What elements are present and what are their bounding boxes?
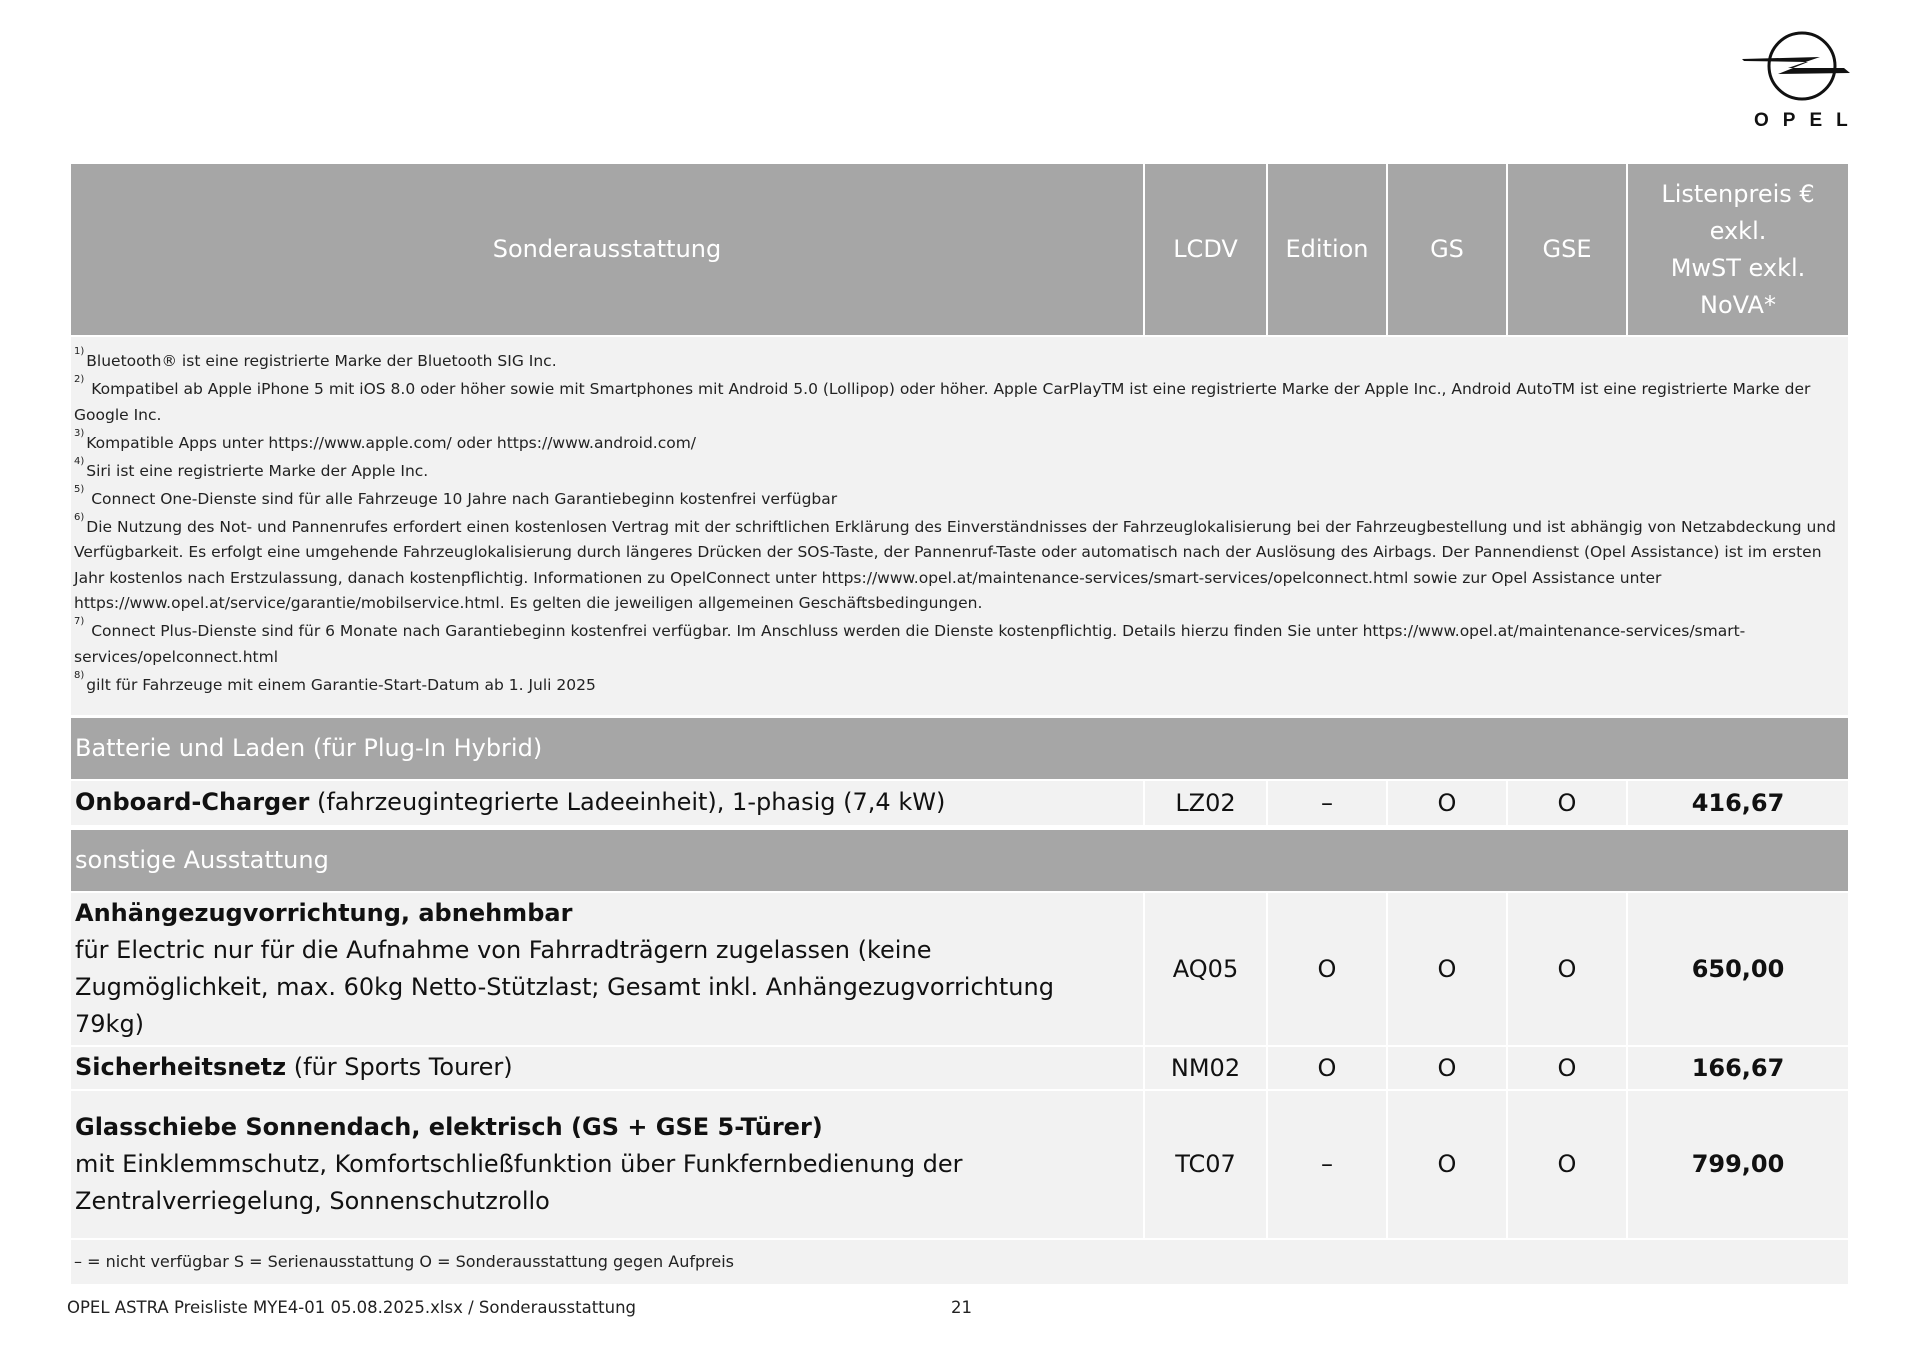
option-name: Sicherheitsnetz xyxy=(75,1053,286,1081)
opel-blitz-logo-icon xyxy=(1740,30,1860,105)
option-price: 166,67 xyxy=(1628,1047,1848,1089)
page-number: 21 xyxy=(951,1298,972,1317)
table-row: Sicherheitsnetz (für Sports Tourer) NM02… xyxy=(71,1047,1848,1091)
header-gs: GS xyxy=(1388,164,1508,335)
footnote-number: 4) xyxy=(74,456,84,467)
footnote-number: 2) xyxy=(74,374,84,385)
option-lcdv: NM02 xyxy=(1145,1047,1268,1089)
header-description: Sonderausstattung xyxy=(71,164,1145,335)
footnote-number: 6) xyxy=(74,512,84,523)
footnote-number: 1) xyxy=(74,346,84,357)
option-description: Anhängezugvorrichtung, abnehmbar für Ele… xyxy=(71,893,1145,1045)
footnote-text: Kompatible Apps unter https://www.apple.… xyxy=(86,434,696,452)
option-gs: O xyxy=(1388,781,1508,825)
footnote: 6)Die Nutzung des Not- und Pannenrufes e… xyxy=(74,515,1844,617)
option-lcdv: TC07 xyxy=(1145,1091,1268,1238)
option-description: Onboard-Charger (fahrzeugintegrierte Lad… xyxy=(71,781,1145,825)
footnote-text: Die Nutzung des Not- und Pannenrufes erf… xyxy=(74,518,1836,613)
footnote: 7) Connect Plus-Dienste sind für 6 Monat… xyxy=(74,619,1844,670)
table-row: Anhängezugvorrichtung, abnehmbar für Ele… xyxy=(71,893,1848,1047)
footnote-number: 5) xyxy=(74,484,84,495)
table-row: Glasschiebe Sonnendach, elektrisch (GS +… xyxy=(71,1091,1848,1240)
footnote-text: Siri ist eine registrierte Marke der App… xyxy=(86,462,428,480)
option-price: 650,00 xyxy=(1628,893,1848,1045)
header-price-line: Listenpreis € xyxy=(1661,180,1814,208)
option-extra: mit Einklemmschutz, Komfortschließfunkti… xyxy=(75,1150,963,1215)
footnote-number: 7) xyxy=(74,616,84,627)
option-edition: – xyxy=(1268,1091,1388,1238)
option-gs: O xyxy=(1388,893,1508,1045)
footnote-number: 3) xyxy=(74,428,84,439)
table-row: Onboard-Charger (fahrzeugintegrierte Lad… xyxy=(71,781,1848,827)
header-price-line: exkl. xyxy=(1710,217,1767,245)
footnote: 8)gilt für Fahrzeuge mit einem Garantie-… xyxy=(74,673,1844,699)
option-price: 416,67 xyxy=(1628,781,1848,825)
footnote: 1)Bluetooth® ist eine registrierte Marke… xyxy=(74,349,1844,375)
header-edition: Edition xyxy=(1268,164,1388,335)
option-price-table: Sonderausstattung LCDV Edition GS GSE Li… xyxy=(71,164,1848,1284)
option-lcdv: LZ02 xyxy=(1145,781,1268,825)
option-detail: (fahrzeugintegrierte Ladeeinheit), 1-pha… xyxy=(309,788,945,816)
option-name: Anhängezugvorrichtung, abnehmbar xyxy=(75,899,572,927)
option-detail: (für Sports Tourer) xyxy=(286,1053,513,1081)
footnote-text: Connect One-Dienste sind für alle Fahrze… xyxy=(86,490,837,508)
header-lcdv: LCDV xyxy=(1145,164,1268,335)
availability-legend: – = nicht verfügbar S = Serienausstattun… xyxy=(71,1240,1848,1284)
section-header-battery: Batterie und Laden (für Plug-In Hybrid) xyxy=(71,715,1848,781)
option-description: Sicherheitsnetz (für Sports Tourer) xyxy=(71,1047,1145,1089)
table-header: Sonderausstattung LCDV Edition GS GSE Li… xyxy=(71,164,1848,335)
option-edition: O xyxy=(1268,893,1388,1045)
footnote-text: Bluetooth® ist eine registrierte Marke d… xyxy=(86,352,556,370)
option-gse: O xyxy=(1508,781,1628,825)
option-gse: O xyxy=(1508,893,1628,1045)
option-edition: – xyxy=(1268,781,1388,825)
option-extra: für Electric nur für die Aufnahme von Fa… xyxy=(75,936,1054,1038)
header-price-line: NoVA* xyxy=(1700,291,1776,319)
option-lcdv: AQ05 xyxy=(1145,893,1268,1045)
footnote-text: Kompatibel ab Apple iPhone 5 mit iOS 8.0… xyxy=(74,380,1810,424)
option-name: Glasschiebe Sonnendach, elektrisch (GS +… xyxy=(75,1113,823,1141)
option-gs: O xyxy=(1388,1091,1508,1238)
header-price: Listenpreis € exkl. MwST exkl. NoVA* xyxy=(1628,164,1848,335)
brand-name: OPEL xyxy=(1740,110,1860,132)
option-gs: O xyxy=(1388,1047,1508,1089)
header-price-line: MwST exkl. xyxy=(1671,254,1806,282)
footnote: 3)Kompatible Apps unter https://www.appl… xyxy=(74,431,1844,457)
footnotes: 1)Bluetooth® ist eine registrierte Marke… xyxy=(71,335,1848,715)
option-description: Glasschiebe Sonnendach, elektrisch (GS +… xyxy=(71,1091,1145,1238)
footnote-text: gilt für Fahrzeuge mit einem Garantie-St… xyxy=(86,676,596,694)
option-edition: O xyxy=(1268,1047,1388,1089)
footnote: 5) Connect One-Dienste sind für alle Fah… xyxy=(74,487,1844,513)
footnote: 4)Siri ist eine registrierte Marke der A… xyxy=(74,459,1844,485)
footnote-number: 8) xyxy=(74,670,84,681)
opel-logo: OPEL xyxy=(1740,30,1860,140)
footer-source: OPEL ASTRA Preisliste MYE4-01 05.08.2025… xyxy=(67,1298,636,1317)
header-gse: GSE xyxy=(1508,164,1628,335)
option-price: 799,00 xyxy=(1628,1091,1848,1238)
option-name: Onboard-Charger xyxy=(75,788,309,816)
option-gse: O xyxy=(1508,1091,1628,1238)
option-gse: O xyxy=(1508,1047,1628,1089)
footnote: 2) Kompatibel ab Apple iPhone 5 mit iOS … xyxy=(74,377,1844,428)
section-header-other: sonstige Ausstattung xyxy=(71,827,1848,893)
footnote-text: Connect Plus-Dienste sind für 6 Monate n… xyxy=(74,622,1745,666)
